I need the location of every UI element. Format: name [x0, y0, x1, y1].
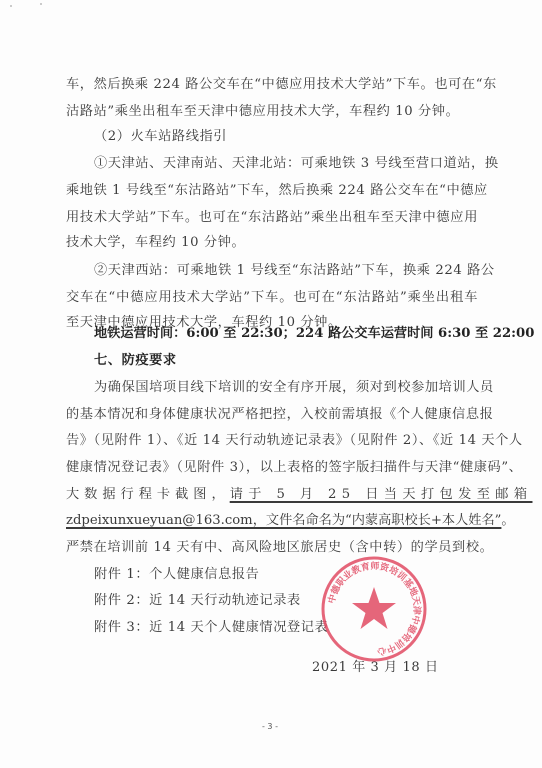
- seal-graphic: 中德职业教育师资培训基地天津中德培训中心: [320, 555, 428, 663]
- scan-artifact: [10, 5, 12, 7]
- official-seal: 中德职业教育师资培训基地天津中德培训中心: [320, 555, 428, 663]
- paragraph-line: 告》（见附件 1）、《近 14 天行动轨迹记录表》（见附件 2）、《近 14 天…: [66, 432, 478, 450]
- scan-artifact: [40, 3, 42, 5]
- paragraph-line: 乘地铁 1 号线至“东沽路站”下车，然后换乘 224 路公交车在“中德应: [66, 182, 478, 200]
- page-number: - 3 -: [262, 722, 278, 731]
- paragraph-line: 用技术大学站”下车。也可在“东沽路站”乘坐出租车至天津中德应用: [66, 209, 478, 227]
- paragraph-text: 大数据行程卡截图，: [66, 487, 230, 502]
- operating-hours: 地铁运营时间：6:00 至 22:30；224 路公交车运营时间 6:30 至 …: [94, 325, 494, 343]
- email-link[interactable]: zdpeixunxueyuan@163.com，文件名命名为“内蒙高职校长+本人…: [66, 513, 501, 528]
- section-heading: 七、防疫要求: [94, 352, 478, 370]
- paragraph-line: 大数据行程卡截图，请于 5 月 25 日当天打包发至邮箱: [66, 486, 478, 504]
- paragraph-line: 交车在“中德应用技术大学站”下车。也可在“东沽路站”乘坐出租车: [66, 289, 478, 307]
- paragraph-line: 沽路站”乘坐出租车至天津中德应用技术大学，车程约 10 分钟。: [66, 103, 478, 121]
- paragraph-line: 车，然后换乘 224 路公交车在“中德应用技术大学站”下车。也可在“东: [66, 76, 478, 94]
- star-icon: [352, 587, 396, 629]
- paragraph-text: 。: [501, 513, 514, 528]
- subsection-heading: （2）火车站路线指引: [94, 128, 478, 146]
- paragraph-line: zdpeixunxueyuan@163.com，文件名命名为“内蒙高职校长+本人…: [66, 512, 478, 530]
- paragraph-line: 技术大学，车程约 10 分钟。: [66, 234, 478, 252]
- paragraph-line: ①天津站、天津南站、天津北站：可乘地铁 3 号线至营口道站，换: [94, 155, 478, 173]
- paragraph-line: 的基本情况和身体健康状况严格把控，入校前需填报《个人健康信息报: [66, 406, 478, 424]
- paragraph-line: ②天津西站：可乘地铁 1 号线至“东沽路站”下车，换乘 224 路公: [94, 262, 478, 280]
- paragraph-line: 为确保国培项目线下培训的安全有序开展，须对到校参加培训人员: [94, 379, 478, 397]
- paragraph-line: 健康情况登记表》（见附件 3），以上表格的签字版扫描件与天津“健康码”、: [66, 459, 478, 477]
- document-page: 车，然后换乘 224 路公交车在“中德应用技术大学站”下车。也可在“东 沽路站”…: [0, 0, 542, 768]
- submission-instruction: 请于 5 月 25 日当天打包发至邮箱: [230, 487, 533, 502]
